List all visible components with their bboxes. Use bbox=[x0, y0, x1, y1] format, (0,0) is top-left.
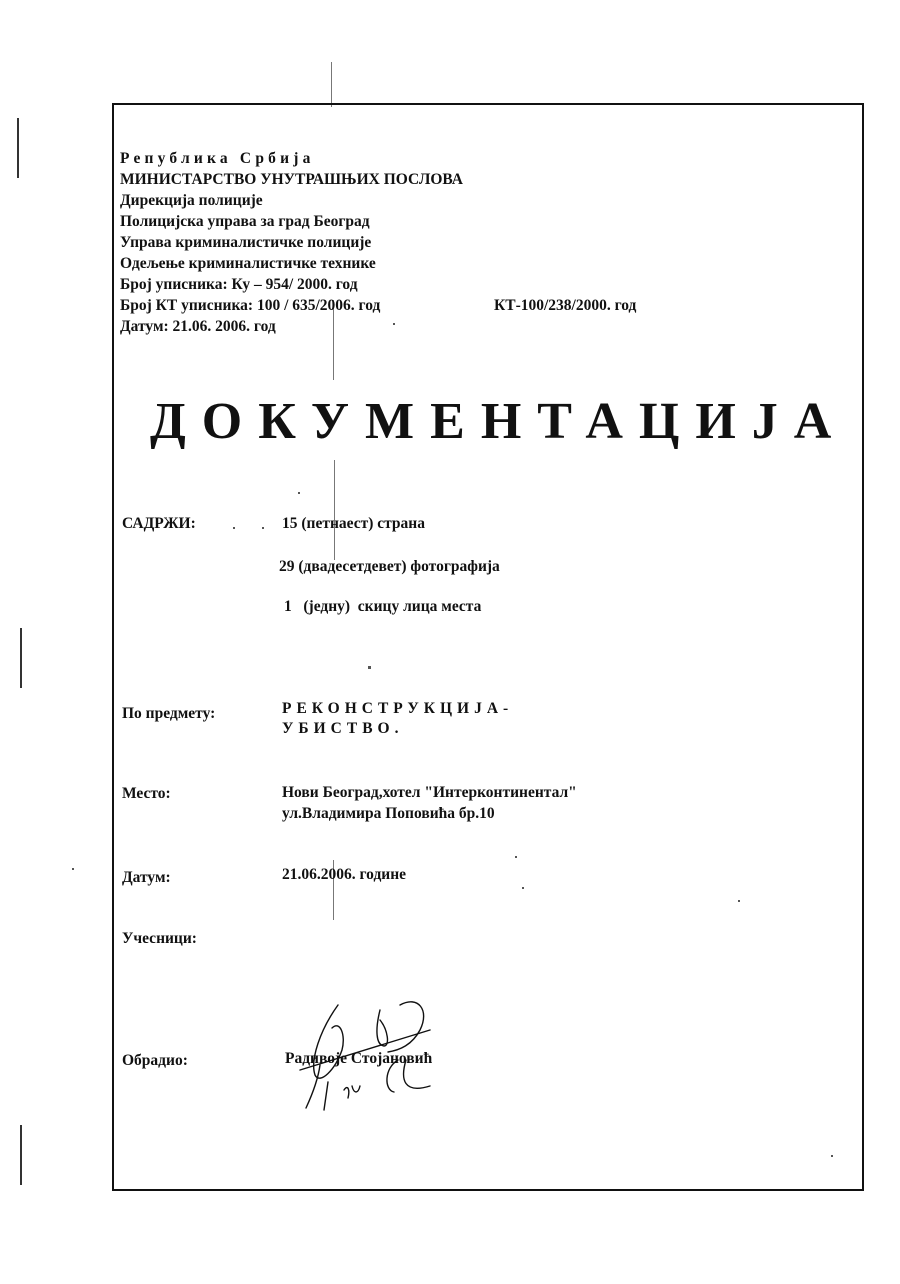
header-ministry: МИНИСТАРСТВО УНУТРАШЊИХ ПОСЛОВА bbox=[120, 169, 463, 190]
document-title: ДОКУМЕНТАЦИЈА bbox=[150, 392, 847, 451]
contents-label: САДРЖИ: bbox=[122, 515, 196, 533]
header-registry-number: Број уписника: Ку – 954/ 2000. год bbox=[120, 274, 358, 295]
contents-item-sketch: 1 (једну) скицу лица места bbox=[284, 598, 481, 616]
handwritten-signature bbox=[280, 990, 460, 1120]
header-directorate: Дирекција полиције bbox=[120, 190, 263, 211]
contents-item-pages: 15 (петнаест) страна bbox=[282, 515, 425, 533]
subject-line-1: РЕКОНСТРУКЦИЈА- bbox=[282, 700, 513, 718]
header-country: Република Србија bbox=[120, 148, 315, 169]
fold-line bbox=[331, 62, 332, 107]
header-police-admin: Полицијска управа за град Београд bbox=[120, 211, 370, 232]
place-line-1: Нови Београд,хотел "Интерконтинентал" bbox=[282, 784, 577, 802]
scan-mark bbox=[20, 1125, 22, 1185]
speckle bbox=[738, 900, 740, 902]
speckle bbox=[393, 323, 395, 325]
speckle bbox=[368, 666, 371, 669]
speckle bbox=[515, 856, 517, 858]
place-line-2: ул.Владимира Поповића бр.10 bbox=[282, 805, 495, 823]
contents-item-photos: 29 (двадесетдевет) фотографија bbox=[279, 558, 500, 576]
header-date: Датум: 21.06. 2006. год bbox=[120, 316, 276, 337]
participants-label: Учесници: bbox=[122, 930, 197, 948]
subject-label: По предмету: bbox=[122, 705, 215, 723]
speckle bbox=[72, 868, 74, 870]
scan-mark bbox=[20, 628, 22, 688]
speckle bbox=[262, 527, 264, 529]
speckle bbox=[233, 527, 235, 529]
speckle bbox=[298, 492, 300, 494]
date-value: 21.06.2006. године bbox=[282, 866, 406, 884]
kt-reference: КТ-100/238/2000. год bbox=[494, 295, 636, 316]
speckle bbox=[522, 887, 524, 889]
subject-line-2: УБИСТВО. bbox=[282, 720, 403, 738]
prepared-by-label: Обрадио: bbox=[122, 1052, 188, 1070]
date-label: Датум: bbox=[122, 869, 171, 887]
header-kt-registry-number: Број КТ уписника: 100 / 635/2006. год bbox=[120, 295, 380, 316]
speckle bbox=[831, 1155, 833, 1157]
scan-mark bbox=[17, 118, 19, 178]
place-label: Место: bbox=[122, 785, 171, 803]
header-criminal-police: Управа криминалистичке полиције bbox=[120, 232, 371, 253]
header-department: Одељење криминалистичке технике bbox=[120, 253, 376, 274]
